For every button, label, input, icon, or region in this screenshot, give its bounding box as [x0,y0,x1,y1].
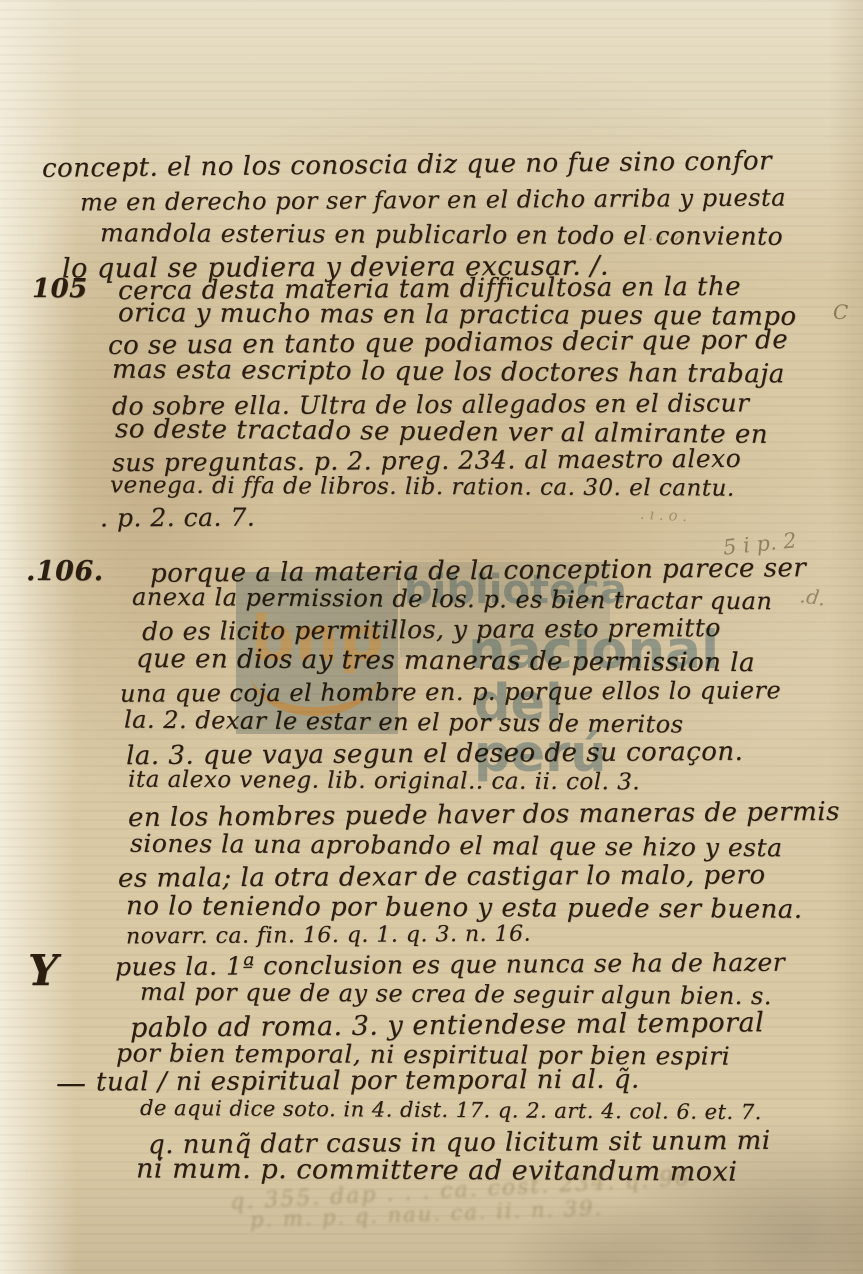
handwritten-line: no lo teniendo por bueno y esta puede se… [126,891,803,925]
handwritten-line: mas esta escripto lo que los doctores ha… [112,355,785,390]
handwritten-line: que en dios ay tres maneras de permissio… [136,644,755,678]
handwritten-line: venega. di ffa de libros. lib. ration. c… [110,472,735,501]
margin-mark: C [833,300,848,324]
handwritten-line: siones la una aprobando el mal que se hi… [130,829,783,863]
handwritten-line: anexa la permission de los. p. es bien t… [132,583,773,615]
manuscript-page: concept. el no los conoscia diz que no f… [0,0,863,1274]
handwritten-line: la. 3. que vaya segun el deseo de su cor… [126,737,744,771]
section-number-106: .106. [26,556,104,587]
margin-dash: — [56,1066,87,1101]
handwritten-line: mal por que de ay se crea de seguir algu… [140,978,772,1010]
handwritten-line: tual / ni espiritual por temporal ni al.… [96,1065,640,1098]
handwritten-line: concept. el no los conoscia diz que no f… [42,146,772,184]
margin-mark: . ı . o . [640,505,688,525]
handwritten-line: en los hombres puede haver dos maneras d… [128,797,840,833]
handwritten-line: . p. 2. ca. 7. [100,503,255,533]
handwritten-line: me en derecho por ser favor en el dicho … [80,184,786,217]
margin-mark: · ı ·ᴖ · [648,230,693,249]
handwritten-line: de aqui dice soto. in 4. dist. 17. q. 2.… [140,1096,762,1124]
handwritten-line: pues la. 1ª conclusion es que nunca se h… [115,948,785,982]
handwritten-line: novarr. ca. fin. 16. q. 1. q. 3. n. 16. [126,922,531,950]
handwritten-line: ita alexo veneg. lib. original.. ca. ii.… [128,767,640,796]
handwritten-line: es mala; la otra dexar de castigar lo ma… [118,860,766,893]
paragraph-mark-Y: Y [28,946,58,995]
margin-mark: .d. [798,583,827,610]
handwritten-line: la. 2. dexar le estar en el por sus de m… [124,706,684,739]
handwritten-line: do es licito permitillos, y para esto pr… [142,613,721,646]
handwritten-line: una que coja el hombre en. p. porque ell… [120,676,781,707]
section-number-105: 105 [32,274,88,304]
